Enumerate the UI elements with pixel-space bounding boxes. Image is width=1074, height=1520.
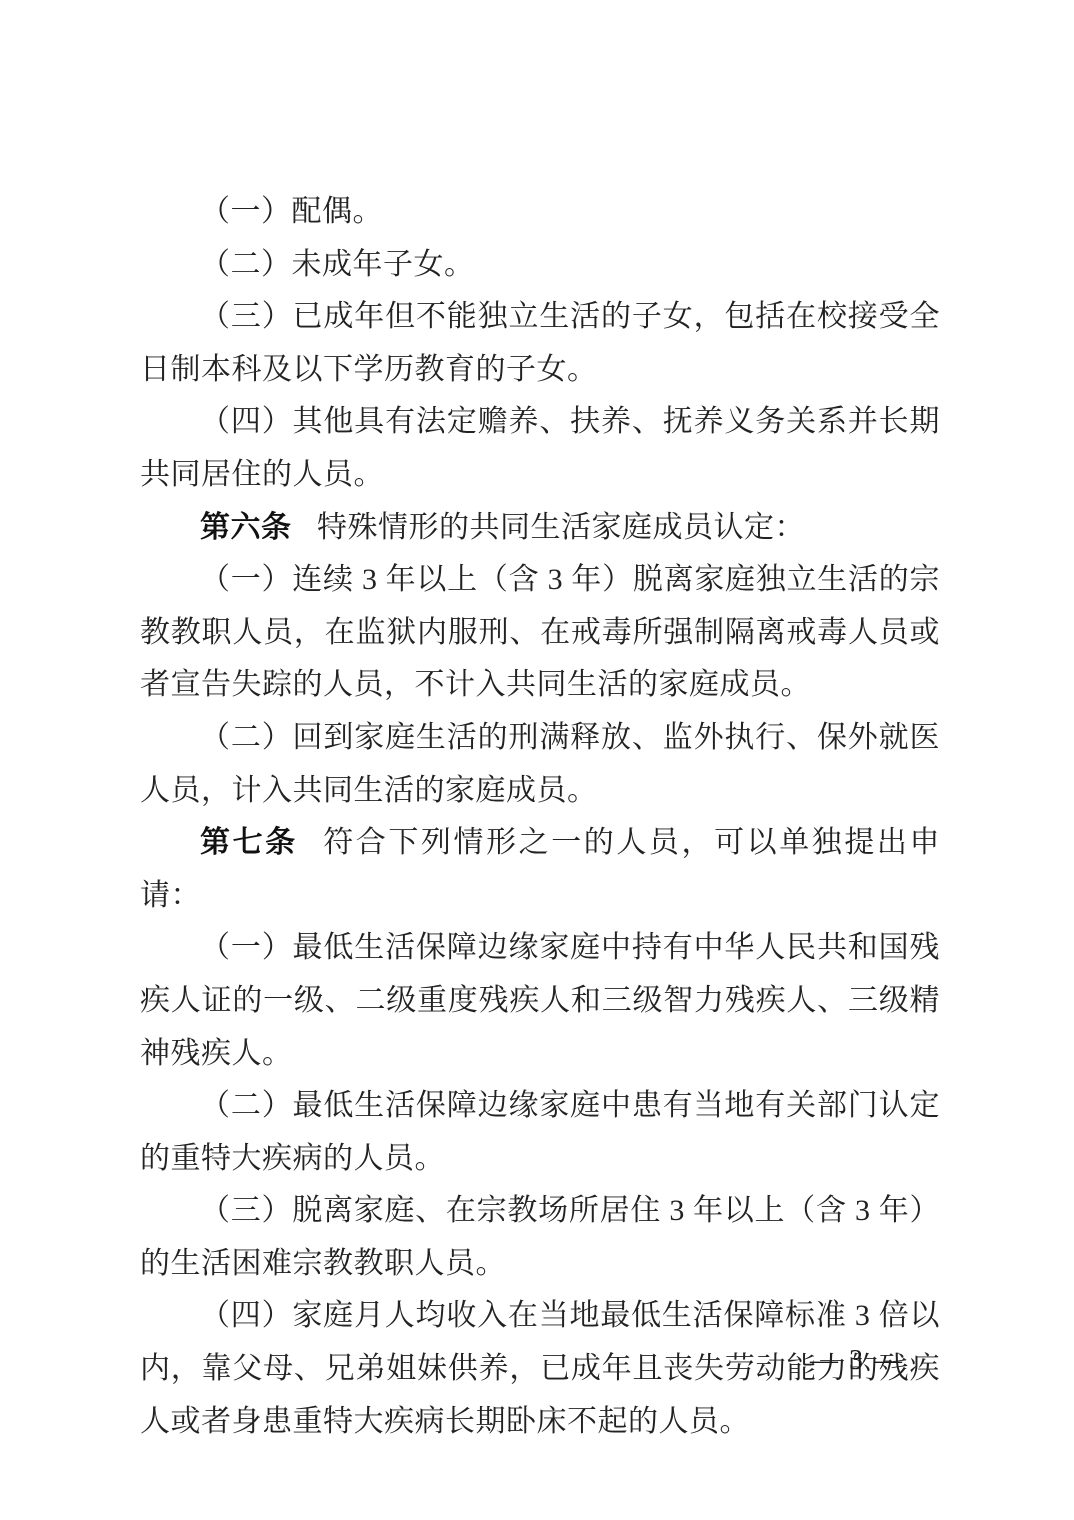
article-number: 第六条 <box>200 511 292 544</box>
paragraph: （一）连续 3 年以上（含 3 年）脱离家庭独立生活的宗教教职人员，在监狱内服刑… <box>140 554 940 712</box>
paragraph: （一）配偶。 <box>140 186 940 239</box>
paragraph-text: （一）连续 3 年以上（含 3 年）脱离家庭独立生活的宗教教职人员，在监狱内服刑… <box>140 563 940 701</box>
article-heading: 第六条特殊情形的共同生活家庭成员认定： <box>140 502 940 555</box>
document-body: （一）配偶。（二）未成年子女。（三）已成年但不能独立生活的子女，包括在校接受全日… <box>140 186 940 1448</box>
paragraph: （二）回到家庭生活的刑满释放、监外执行、保外就医人员，计入共同生活的家庭成员。 <box>140 712 940 817</box>
paragraph: （二）未成年子女。 <box>140 239 940 292</box>
paragraph-text: （一）最低生活保障边缘家庭中持有中华人民共和国残疾人证的一级、二级重度残疾人和三… <box>140 931 940 1069</box>
paragraph-text: （三）脱离家庭、在宗教场所居住 3 年以上（含 3 年）的生活困难宗教教职人员。 <box>140 1194 940 1280</box>
document-page: （一）配偶。（二）未成年子女。（三）已成年但不能独立生活的子女，包括在校接受全日… <box>0 0 1074 1520</box>
page-number: — 3 — <box>810 1342 904 1380</box>
paragraph-text: （二）最低生活保障边缘家庭中患有当地有关部门认定的重特大疾病的人员。 <box>140 1089 940 1175</box>
paragraph-text: （四）其他具有法定赡养、扶养、抚养义务关系并长期共同居住的人员。 <box>140 405 940 491</box>
paragraph: （三）脱离家庭、在宗教场所居住 3 年以上（含 3 年）的生活困难宗教教职人员。 <box>140 1185 940 1290</box>
paragraph: （四）其他具有法定赡养、扶养、抚养义务关系并长期共同居住的人员。 <box>140 396 940 501</box>
paragraph-text: （三）已成年但不能独立生活的子女，包括在校接受全日制本科及以下学历教育的子女。 <box>140 300 940 386</box>
paragraph-text: （二）未成年子女。 <box>200 248 475 281</box>
paragraph: （二）最低生活保障边缘家庭中患有当地有关部门认定的重特大疾病的人员。 <box>140 1080 940 1185</box>
paragraph-text: （一）配偶。 <box>200 195 383 228</box>
article-number: 第七条 <box>200 826 298 859</box>
paragraph: （一）最低生活保障边缘家庭中持有中华人民共和国残疾人证的一级、二级重度残疾人和三… <box>140 922 940 1080</box>
paragraph: （三）已成年但不能独立生活的子女，包括在校接受全日制本科及以下学历教育的子女。 <box>140 291 940 396</box>
paragraph-text: 特殊情形的共同生活家庭成员认定： <box>317 511 805 544</box>
paragraph-text: （二）回到家庭生活的刑满释放、监外执行、保外就医人员，计入共同生活的家庭成员。 <box>140 721 940 807</box>
article-heading: 第七条符合下列情形之一的人员，可以单独提出申请： <box>140 817 940 922</box>
